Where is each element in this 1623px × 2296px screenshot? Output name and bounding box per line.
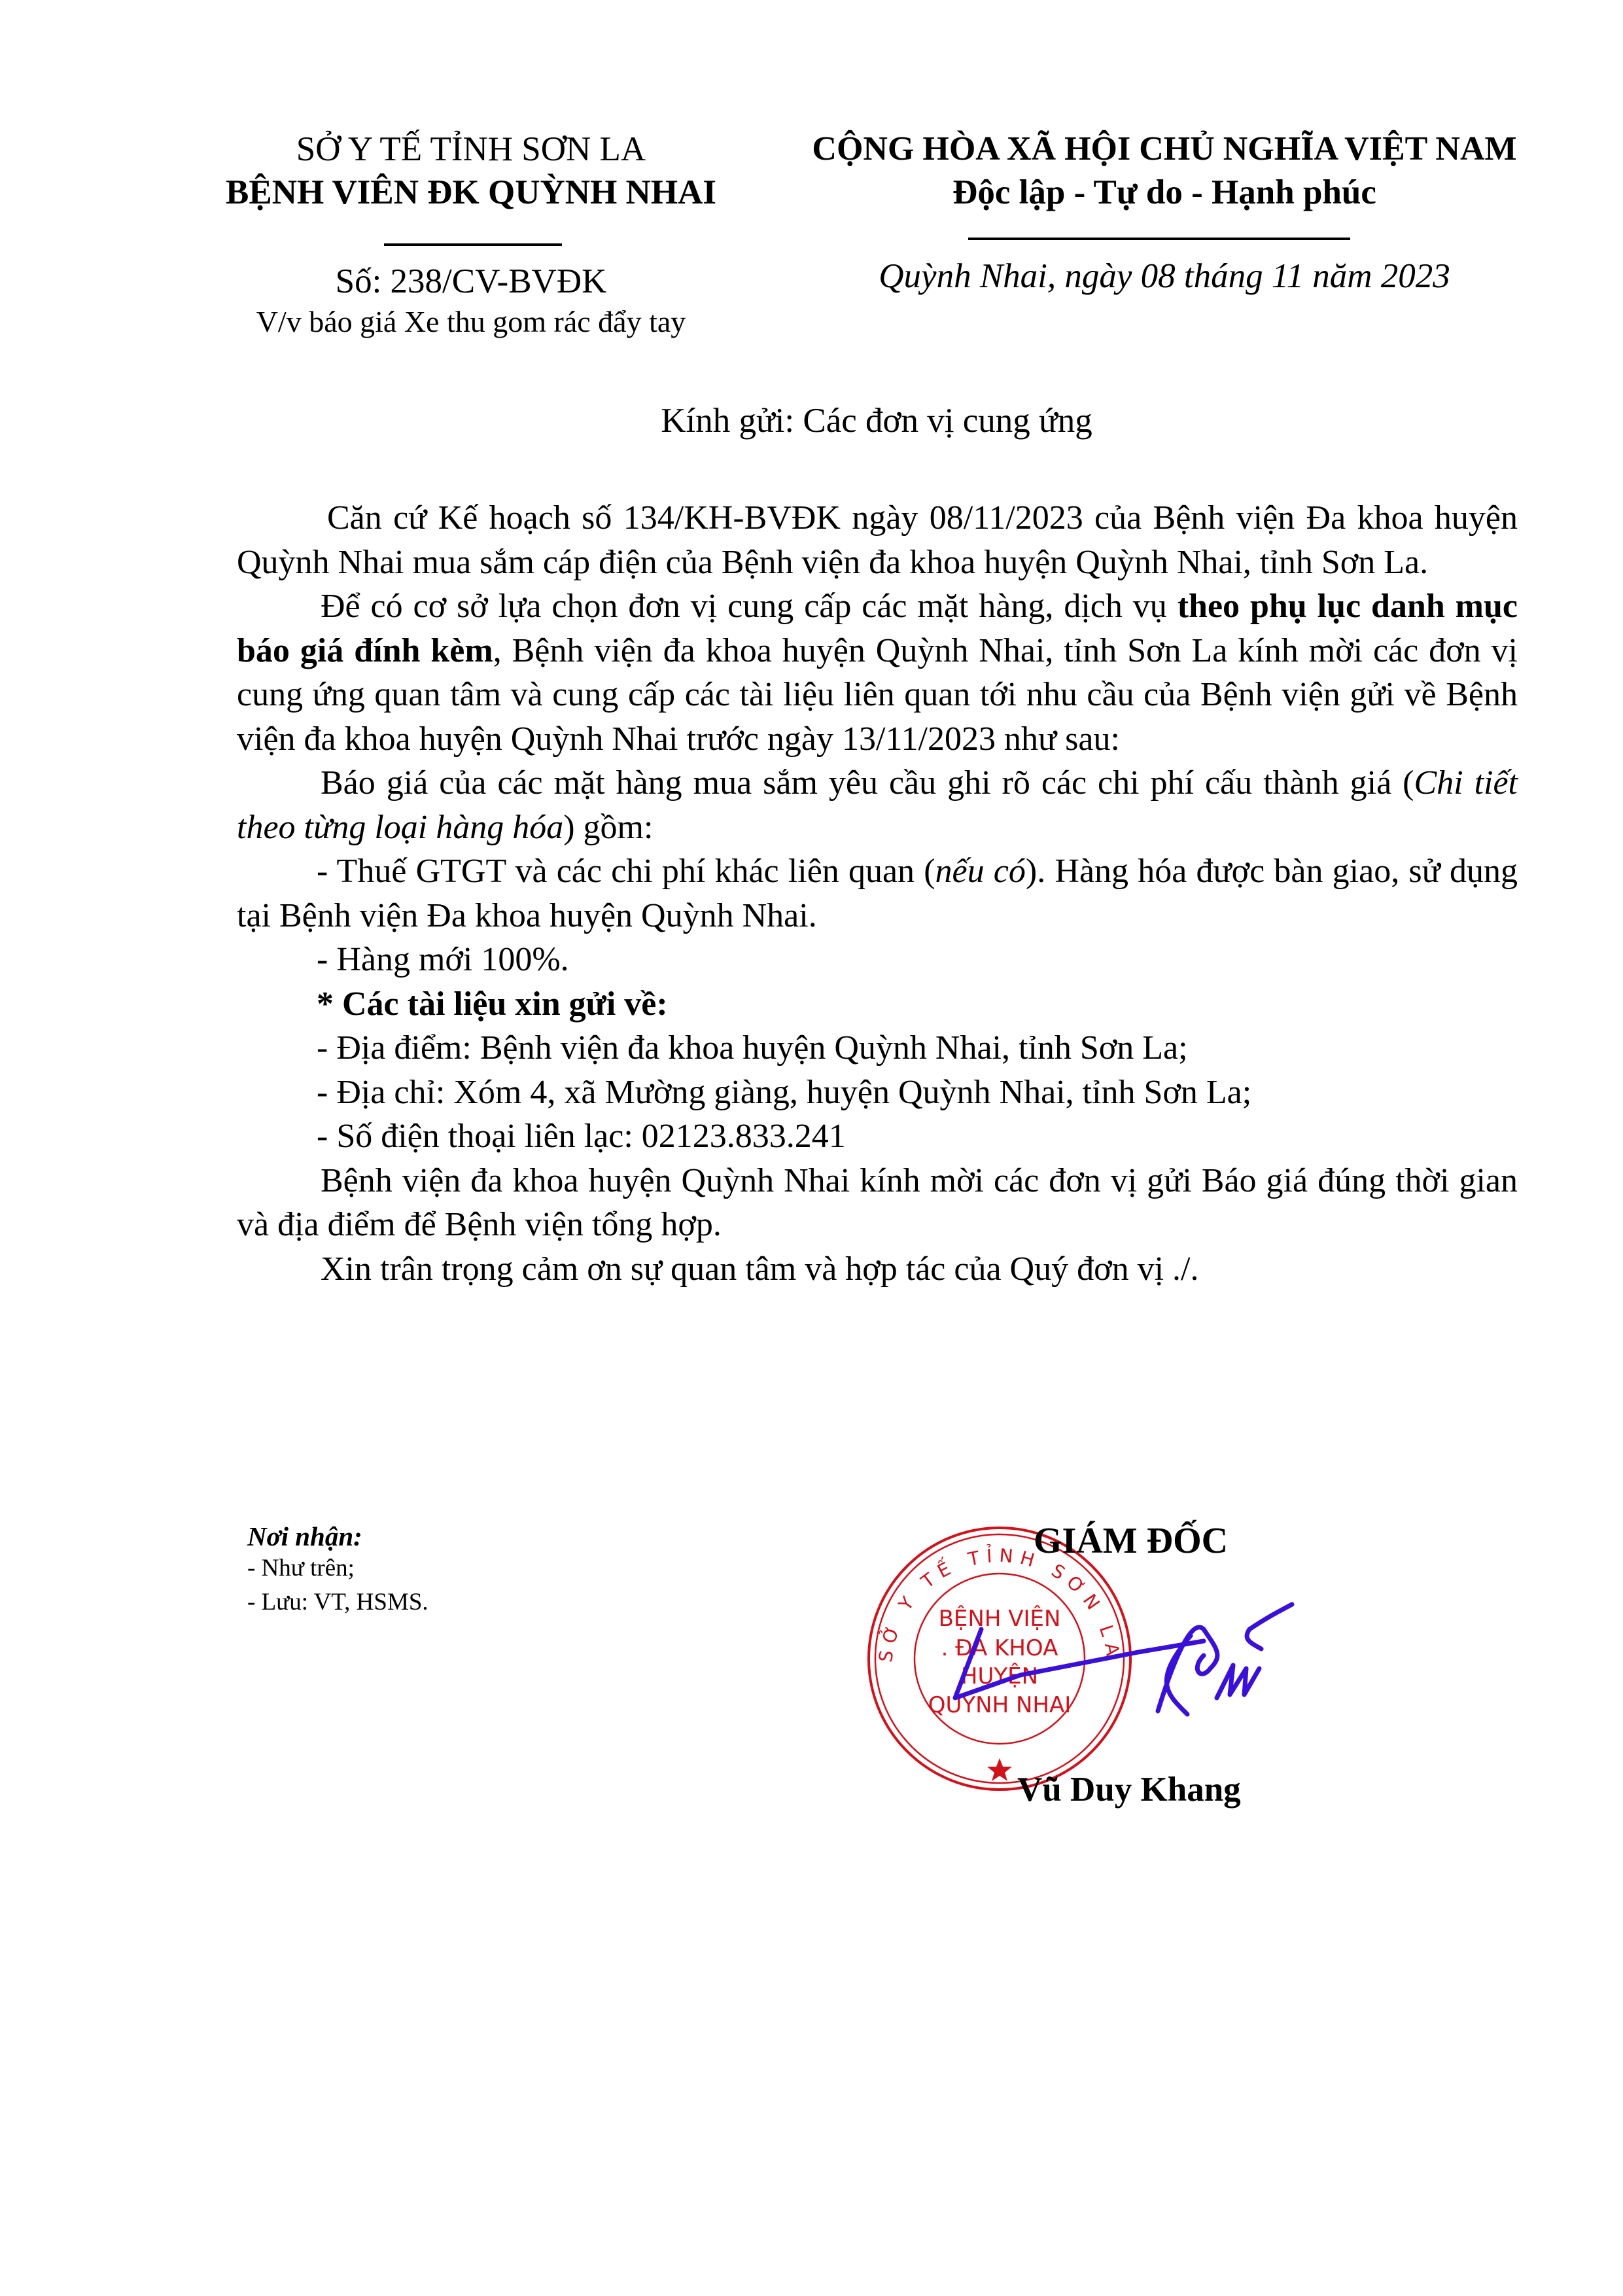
paragraph-new-goods: - Hàng mới 100%. <box>237 938 1518 982</box>
header-left-divider <box>384 243 562 246</box>
recipients-block: Nơi nhận: - Như trên; - Lưu: VT, HSMS. <box>247 1521 428 1619</box>
header-left: SỞ Y TẾ TỈNH SƠN LA BỆNH VIÊN ĐK QUỲNH N… <box>196 128 746 214</box>
header-right-divider <box>968 238 1350 240</box>
text: Báo giá của các mặt hàng mua sắm yêu cầu… <box>321 764 1414 802</box>
documents-heading: * Các tài liệu xin gửi về: <box>237 982 1518 1027</box>
paragraph-request: Bệnh viện đa khoa huyện Quỳnh Nhai kính … <box>237 1159 1518 1247</box>
document-number: Số: 238/CV-BVĐK <box>196 262 746 301</box>
text: - Thuế GTGT và các chi phí khác liên qua… <box>317 853 935 890</box>
place-date: Quỳnh Nhai, ngày 08 tháng 11 năm 2023 <box>759 256 1570 296</box>
paragraph-vat: - Thuế GTGT và các chi phí khác liên qua… <box>237 849 1518 938</box>
paragraph-thanks: Xin trân trọng cảm ơn sự quan tâm và hợp… <box>237 1247 1518 1292</box>
italic-note: nếu có <box>935 853 1026 890</box>
signatory-title: GIÁM ĐỐC <box>1034 1518 1228 1564</box>
paragraph-address: - Địa chỉ: Xóm 4, xã Mường giàng, huyện … <box>237 1070 1518 1115</box>
handwritten-signature-icon <box>942 1590 1295 1721</box>
recipient-item: - Như trên; <box>247 1551 428 1585</box>
national-motto: Độc lập - Tự do - Hạnh phúc <box>759 171 1570 214</box>
department-name: SỞ Y TẾ TỈNH SƠN LA <box>196 128 746 171</box>
text: Để có cơ sở lựa chọn đơn vị cung cấp các… <box>321 588 1178 625</box>
text: ) gồm: <box>563 809 653 846</box>
letter-body: Căn cứ Kế hoạch số 134/KH-BVĐK ngày 08/1… <box>237 496 1518 1291</box>
header-right: CỘNG HÒA XÃ HỘI CHỦ NGHĨA VIỆT NAM Độc l… <box>759 128 1570 214</box>
paragraph-phone: - Số điện thoại liên lạc: 02123.833.241 <box>237 1114 1518 1159</box>
recipients-title: Nơi nhận: <box>247 1521 428 1551</box>
organization-name: BỆNH VIÊN ĐK QUỲNH NHAI <box>196 171 746 214</box>
signatory-name: Vũ Duy Khang <box>1017 1767 1241 1812</box>
paragraph-basis: Căn cứ Kế hoạch số 134/KH-BVĐK ngày 08/1… <box>237 496 1518 584</box>
paragraph-location: - Địa điểm: Bệnh viện đa khoa huyện Quỳn… <box>237 1026 1518 1070</box>
country-name: CỘNG HÒA XÃ HỘI CHỦ NGHĨA VIỆT NAM <box>759 128 1570 171</box>
addressee: Kính gửi: Các đơn vị cung ứng <box>196 398 1557 444</box>
paragraph-quotation: Báo giá của các mặt hàng mua sắm yêu cầu… <box>237 761 1518 849</box>
document-subject: V/v báo giá Xe thu gom rác đẩy tay <box>196 302 746 342</box>
paragraph-invitation: Để có cơ sở lựa chọn đơn vị cung cấp các… <box>237 584 1518 761</box>
recipient-item: - Lưu: VT, HSMS. <box>247 1585 428 1619</box>
